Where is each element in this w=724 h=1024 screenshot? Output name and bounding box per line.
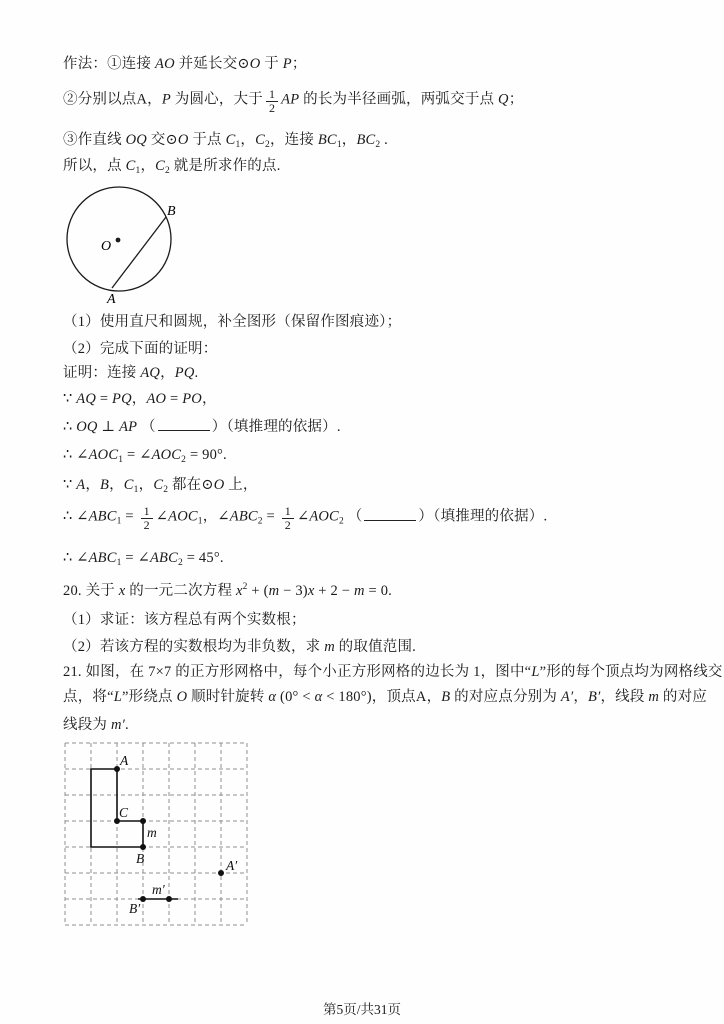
label-A-prime: A′ xyxy=(225,858,238,873)
question-21-stem-line-1: 21. 如图，在 7×7 的正方形网格中，每个小正方形网格的边长为 1，图中“L… xyxy=(63,663,723,683)
page-number: 第5页/共31页 xyxy=(0,998,724,1018)
label-m: m xyxy=(147,825,157,840)
question-20-part-1: （1）求证：该方程总有两个实数根； xyxy=(63,611,306,631)
label-m-prime: m′ xyxy=(152,882,166,897)
label-A: A xyxy=(106,292,116,306)
construction-step-3: ③作直线 OQ 交⊙O 于点 C1，C2，连接 BC1，BC2 . xyxy=(63,131,388,152)
point-A-prime xyxy=(218,870,224,876)
label-B-prime: B′ xyxy=(129,901,141,916)
proof-angles-45: ∴ ∠ABC1 = ∠ABC2 = 45°. xyxy=(63,549,224,570)
chord-AB xyxy=(112,217,166,288)
point-B xyxy=(140,844,146,850)
circle-figure: O A B xyxy=(55,184,183,306)
construction-intro: 作法：①连接 AO 并延长交⊙O 于 P； xyxy=(63,55,307,75)
question-21-stem-line-3: 线段为 m′. xyxy=(63,716,129,736)
question-20-part-2: （2）若该方程的实数根均为非负数，求 m 的取值范围. xyxy=(63,638,416,658)
question-21-stem-line-2: 点，将“L”形绕点 O 顺时针旋转 α (0° < α < 180°)，顶点A，… xyxy=(63,688,707,708)
proof-inscribed-angles: ∴ ∠ABC1 = 12∠AOC1，∠ABC2 = 12∠AOC2 （）（填推理… xyxy=(63,505,547,531)
point-B-prime xyxy=(140,896,146,902)
proof-points-on-circle: ∵ A，B，C1，C2 都在⊙O 上， xyxy=(63,476,258,497)
label-C: C xyxy=(119,805,129,820)
question-20-stem: 20. 关于 x 的一元二次方程 x2 + (m − 3)x + 2 − m =… xyxy=(63,581,392,602)
center-point-dot xyxy=(116,238,121,243)
construction-conclusion: 所以，点 C1，C2 就是所求作的点. xyxy=(63,157,281,178)
point-m-prime-end xyxy=(166,896,172,902)
proof-angles-90: ∴ ∠AOC1 = ∠AOC2 = 90°. xyxy=(63,446,227,467)
label-A: A xyxy=(119,753,129,768)
fraction: 12 xyxy=(282,505,294,531)
proof-perpendicular: ∴ OQ ⊥ AP （）（填推理的依据）. xyxy=(63,417,341,438)
fraction: 12 xyxy=(266,88,278,114)
question-19-part-2: （2）完成下面的证明： xyxy=(63,340,217,360)
question-19-part-1: （1）使用直尺和圆规，补全图形（保留作图痕迹）； xyxy=(63,313,401,333)
fill-in-blank xyxy=(364,507,416,521)
proof-given: ∵ AQ = PQ，AO = PO， xyxy=(63,390,217,410)
label-B: B xyxy=(136,851,144,866)
proof-intro: 证明：连接 AQ，PQ. xyxy=(63,364,198,384)
grid-figure: A C m B A′ m′ B′ xyxy=(52,737,272,933)
label-B: B xyxy=(167,204,176,219)
construction-step-2: ②分别以点A，P 为圆心，大于12AP 的长为半径画弧，两弧交于点 Q； xyxy=(63,88,523,114)
label-O: O xyxy=(101,239,111,254)
point-m-top xyxy=(140,818,146,824)
fraction: 12 xyxy=(141,505,153,531)
fill-in-blank xyxy=(158,417,210,431)
document-page: 作法：①连接 AO 并延长交⊙O 于 P； ②分别以点A，P 为圆心，大于12A… xyxy=(0,0,724,1024)
